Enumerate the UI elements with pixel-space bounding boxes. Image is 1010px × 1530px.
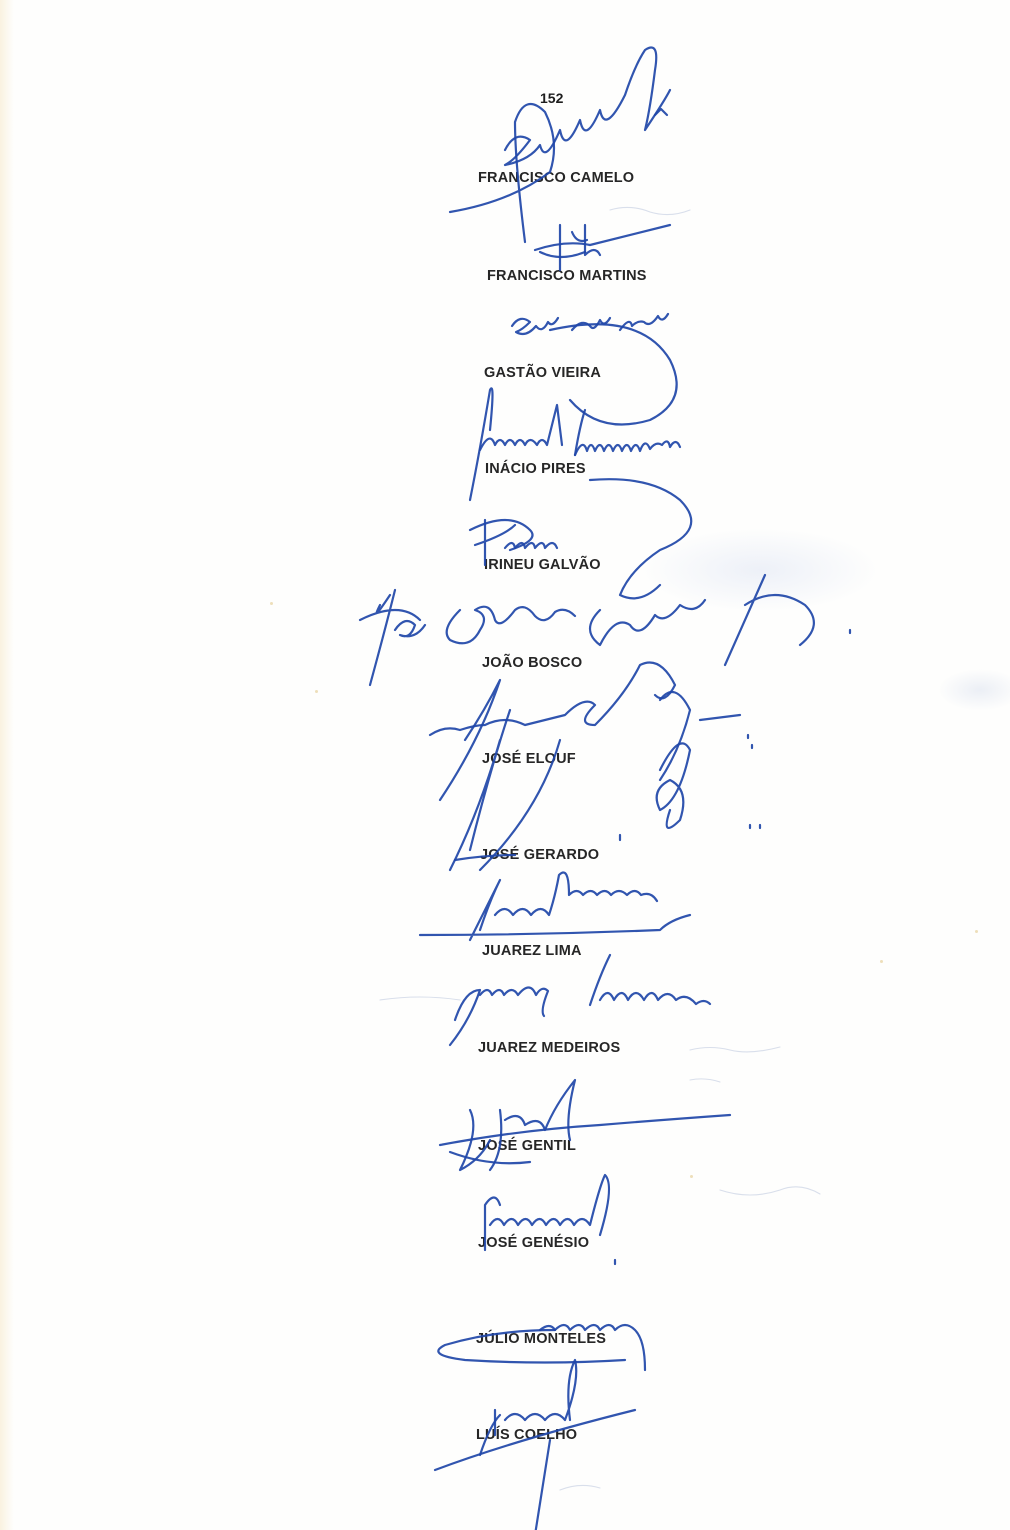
signature-jose-elouf (430, 663, 752, 801)
signatory-name: JUAREZ LIMA (482, 943, 582, 959)
signatory-name: LUÍS COELHO (476, 1427, 577, 1443)
signature-francisco-camelo (450, 48, 670, 243)
signatory-name: FRANCISCO CAMELO (478, 170, 634, 186)
signatory-name: JOÃO BOSCO (482, 655, 582, 671)
paper-speck (690, 1175, 693, 1178)
paper-speck (880, 960, 883, 963)
signature-irineu-galvao (470, 479, 691, 598)
signature-luis-coelho (435, 1360, 635, 1530)
signature-francisco-martins (535, 225, 670, 270)
signatory-name: GASTÃO VIEIRA (484, 365, 601, 381)
signature-inacio-pires (470, 388, 680, 500)
signatory-name: JOSÉ ELOUF (482, 751, 576, 767)
signatory-name: JOSÉ GENÉSIO (478, 1235, 589, 1251)
signature-joao-bosco (360, 575, 850, 685)
signatory-name: JOSÉ GERARDO (480, 847, 599, 863)
signatory-name: INÁCIO PIRES (485, 461, 586, 477)
signatory-name: JÚLIO MONTELES (476, 1331, 606, 1347)
signature-jose-gentil (440, 1080, 730, 1170)
paper-speck (270, 602, 273, 605)
signature-jose-gerardo (450, 710, 760, 870)
signature-juarez-medeiros (450, 955, 710, 1045)
paper-speck (315, 690, 318, 693)
paper-speck (975, 930, 978, 933)
document-page: 152 FRANCISCO CAMELO FRANCISCO MARTINS G… (0, 0, 1010, 1530)
page-number: 152 (540, 90, 563, 106)
signatory-name: JUAREZ MEDEIROS (478, 1040, 620, 1056)
signatory-name: JOSÉ GENTIL (478, 1138, 576, 1154)
signatory-name: IRINEU GALVÃO (484, 557, 601, 573)
signature-juarez-lima (420, 873, 690, 941)
signatory-name: FRANCISCO MARTINS (487, 268, 647, 284)
